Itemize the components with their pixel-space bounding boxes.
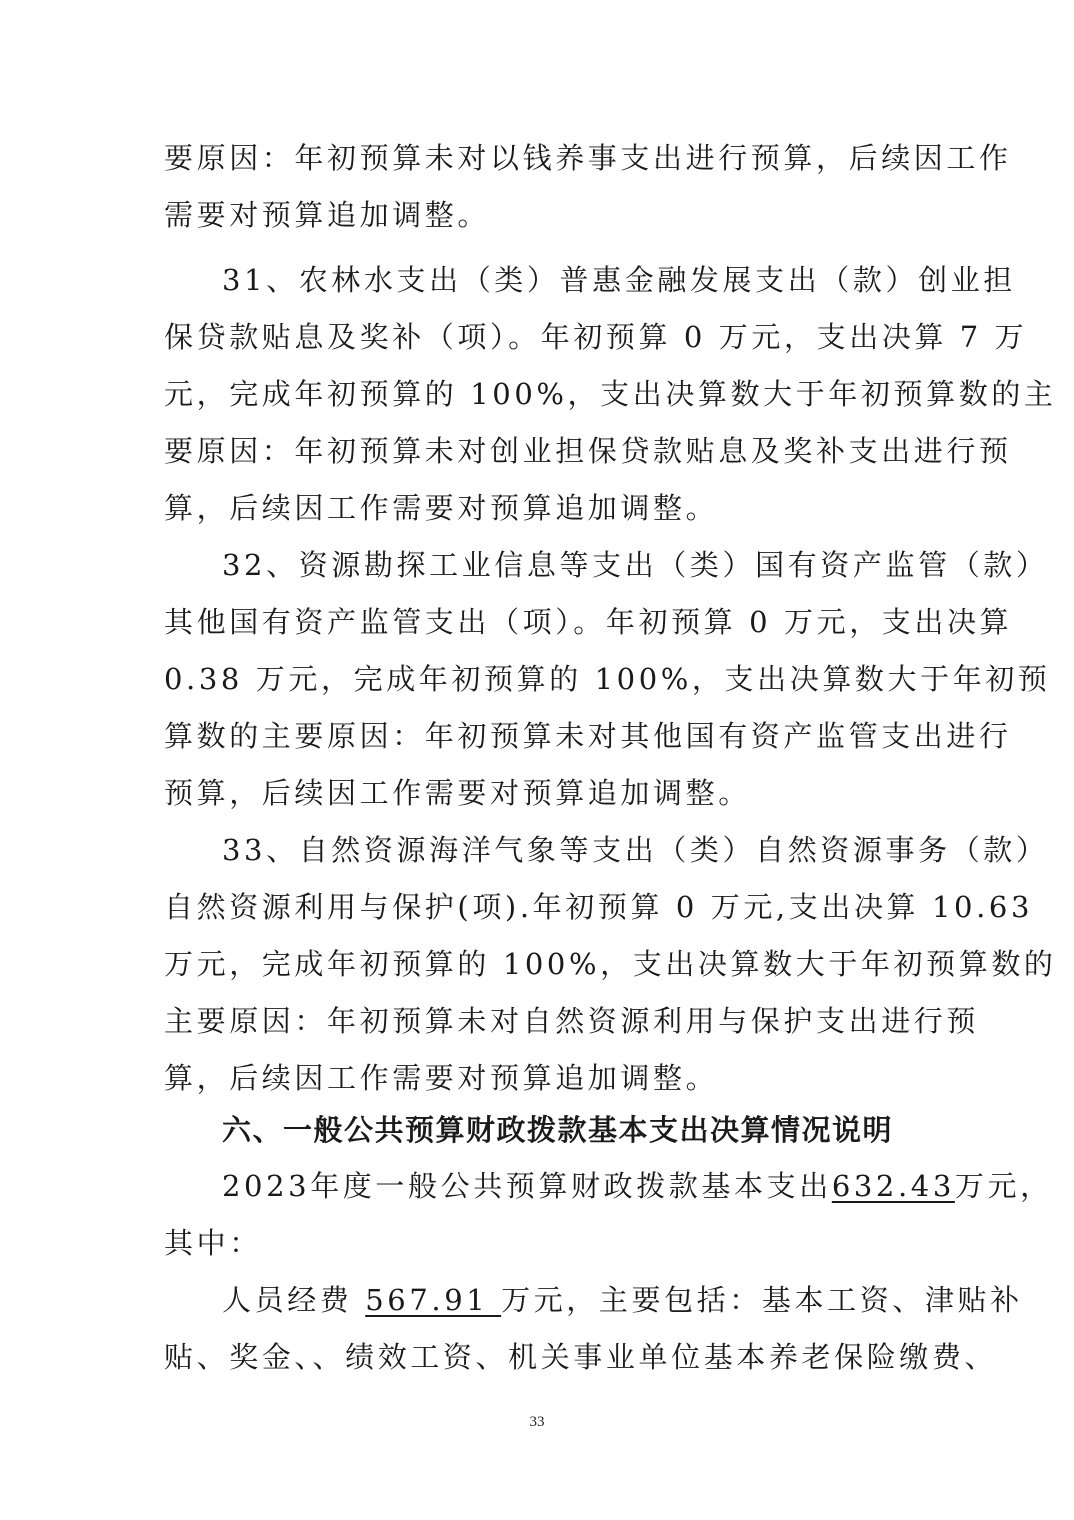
item-32-line: 算数的主要原因：年初预算未对其他国有资产监管支出进行 [164,718,1012,754]
item-33-line: 万元，完成年初预算的 100%，支出决算数大于年初预算数的 [164,946,1057,982]
total-value: 632.43 [832,1169,955,1203]
total-expenditure-line: 2023年度一般公共预算财政拨款基本支出632.43万元， [222,1168,1053,1204]
text-line: 贴、奖金、、绩效工资、机关事业单位基本养老保险缴费、 [164,1339,997,1375]
total-prefix: 2023年度一般公共预算财政拨款基本支出 [222,1169,832,1203]
item-31-line: 元，完成年初预算的 100%，支出决算数大于年初预算数的主 [164,376,1057,412]
personnel-value: 567.91 [365,1283,501,1317]
item-31-line: 要原因：年初预算未对创业担保贷款贴息及奖补支出进行预 [164,433,1012,469]
item-31-line: 31、农林水支出（类）普惠金融发展支出（款）创业担 [222,262,1016,298]
item-33-line: 主要原因：年初预算未对自然资源利用与保护支出进行预 [164,1003,979,1039]
item-32-line: 预算，后续因工作需要对预算追加调整。 [164,775,751,811]
text-line: 其中： [164,1225,262,1261]
item-33-line: 算，后续因工作需要对预算追加调整。 [164,1060,718,1096]
personnel-prefix: 人员经费 [222,1283,365,1317]
personnel-suffix: 万元，主要包括：基本工资、津贴补 [501,1283,1023,1317]
item-32-line: 32、资源勘探工业信息等支出（类）国有资产监管（款） [222,547,1049,583]
item-33-line: 自然资源利用与保护(项).年初预算 0 万元,支出决算 10.63 [164,889,1033,925]
item-32-line: 其他国有资产监管支出（项）。年初预算 0 万元，支出决算 [164,604,1012,640]
item-32-line: 0.38 万元，完成年初预算的 100%，支出决算数大于年初预 [164,661,1051,697]
page-number: 33 [0,1414,1074,1431]
document-page: 要原因：年初预算未对以钱养事支出进行预算，后续因工作 需要对预算追加调整。 31… [0,0,1074,1520]
text-line: 需要对预算追加调整。 [164,197,490,233]
section-heading: 六、一般公共预算财政拨款基本支出决算情况说明 [222,1112,893,1148]
item-33-line: 33、自然资源海洋气象等支出（类）自然资源事务（款） [222,832,1049,868]
item-31-line: 保贷款贴息及奖补（项）。年初预算 0 万元，支出决算 7 万 [164,319,1027,355]
text-line: 要原因：年初预算未对以钱养事支出进行预算，后续因工作 [164,140,1012,176]
item-31-line: 算，后续因工作需要对预算追加调整。 [164,490,718,526]
total-suffix: 万元， [955,1169,1053,1203]
personnel-expense-line: 人员经费 567.91 万元，主要包括：基本工资、津贴补 [222,1282,1023,1318]
